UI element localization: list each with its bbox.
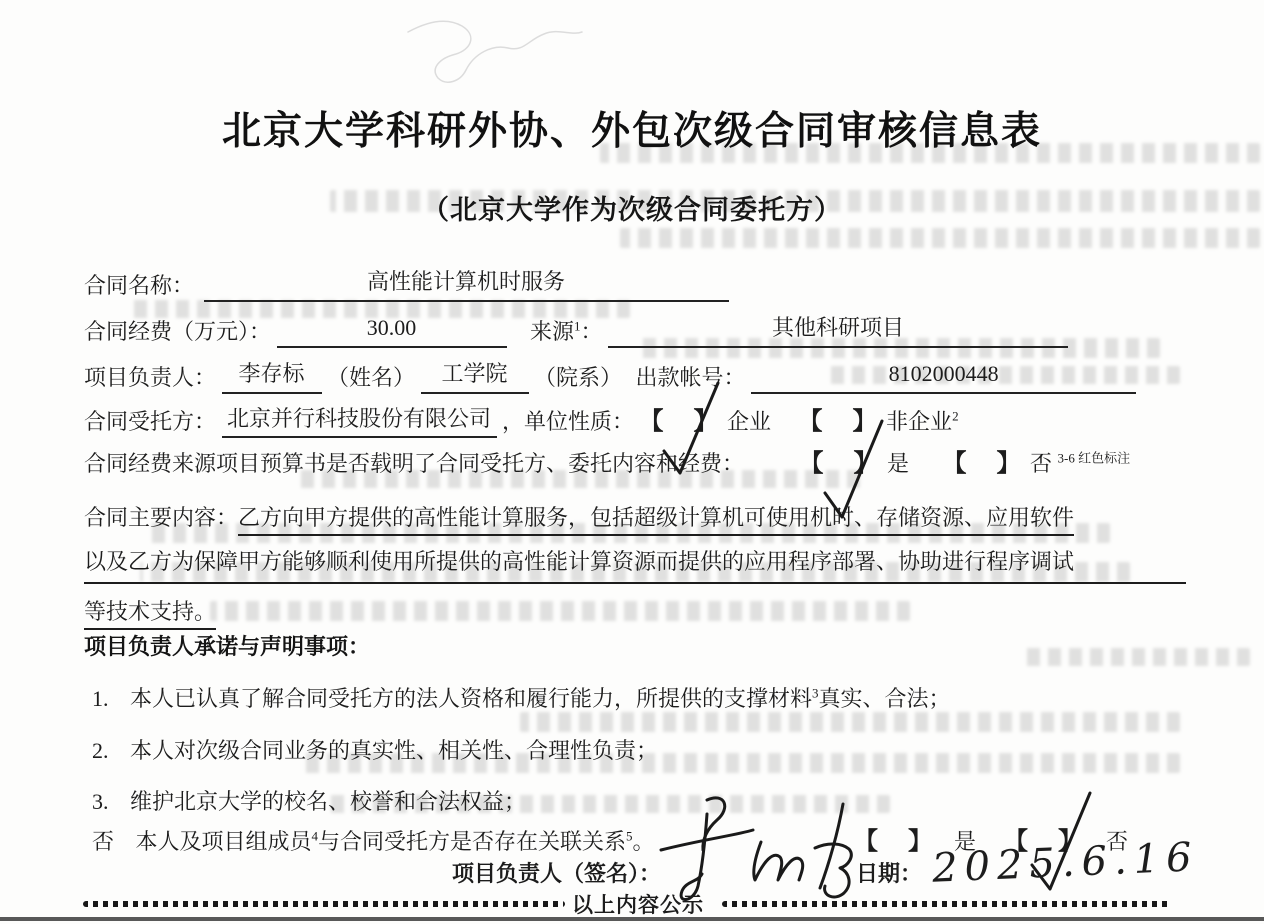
pi-dept-suffix: （院系） bbox=[534, 362, 622, 394]
field-main-content: 合同主要内容：乙方向甲方提供的高性能计算服务，包括超级计算机可使用机时、存储资源… bbox=[84, 502, 1188, 628]
funding-source-value: 其他科研项目 bbox=[608, 312, 1068, 348]
item-text: 本人对次级合同业务的真实性、相关性、合理性负责； bbox=[130, 738, 658, 763]
main-content-line3: 等技术支持。 bbox=[84, 599, 216, 630]
bleedthrough-text bbox=[620, 228, 1260, 248]
field-budget-question: 合同经费来源项目预算书是否载明了合同受托方、委托内容和经费： 【】 是 【】 否… bbox=[84, 448, 1130, 480]
item-text: 本人已认真了解合同受托方的法人资格和履行能力，所提供的支撑材料3真实、合法； bbox=[130, 686, 951, 711]
funding-value: 30.00 bbox=[277, 312, 507, 348]
bleedthrough-text bbox=[520, 712, 1180, 732]
item-number: 1. bbox=[92, 686, 109, 711]
trustee-value: 北京并行科技股份有限公司 bbox=[222, 403, 497, 438]
budget-yes-label: 是 bbox=[887, 448, 909, 480]
checkbox-budget-yes[interactable]: 【】 bbox=[800, 448, 878, 480]
pi-label: 项目负责人： bbox=[84, 362, 216, 394]
page-title: 北京大学科研外协、外包次级合同审核信息表 bbox=[0, 100, 1264, 156]
main-content-line1: 乙方向甲方提供的高性能计算服务，包括超级计算机可使用机时、存储资源、应用软件 bbox=[238, 505, 1074, 536]
bleedthrough-text bbox=[1020, 648, 1250, 666]
commitment-item-2: 2. 本人对次级合同业务的真实性、相关性、合理性负责； bbox=[92, 735, 658, 767]
date-label: 日期： bbox=[856, 858, 922, 890]
red-annotation-note: 3-6 红色标注 bbox=[1058, 451, 1131, 466]
dotted-divider-right bbox=[722, 901, 1172, 907]
pi-dept-value: 工学院 bbox=[421, 358, 529, 394]
item-number: 2. bbox=[92, 738, 109, 763]
contract-name-value: 高性能计算机时服务 bbox=[204, 266, 729, 302]
page-subtitle: （北京大学作为次级合同委托方） bbox=[0, 188, 1264, 227]
budget-question-label: 合同经费来源项目预算书是否载明了合同受托方、委托内容和经费： bbox=[84, 448, 744, 480]
item-text: 维护北京大学的校名、校誉和合法权益； bbox=[130, 789, 526, 814]
commitment-item-1: 1. 本人已认真了解合同受托方的法人资格和履行能力，所提供的支撑材料3真实、合法… bbox=[92, 683, 951, 715]
scan-crease-artifact bbox=[400, 10, 620, 95]
footnote-2: 2 bbox=[952, 409, 959, 424]
item-number: 3. bbox=[92, 789, 109, 814]
field-funding: 合同经费（万元）： 30.00 来源1： 其他科研项目 bbox=[84, 312, 1068, 348]
option-enterprise-label: 企业 bbox=[727, 406, 771, 438]
field-pi: 项目负责人： 李存标 （姓名） 工学院 （院系） 出款帐号： 810200044… bbox=[84, 358, 1136, 394]
funding-label: 合同经费（万元）： bbox=[84, 316, 271, 348]
unit-nature-label: ，单位性质： bbox=[502, 406, 634, 438]
publicity-text: 以上内容公示 bbox=[572, 889, 704, 919]
dotted-divider-left bbox=[83, 901, 565, 907]
contract-name-label: 合同名称： bbox=[84, 270, 194, 302]
main-content-line2: 以及乙方为保障甲方能够顺利使用所提供的高性能计算资源而提供的应用程序部署、协助进… bbox=[84, 546, 1186, 584]
signature-row: 项目负责人（签名）： bbox=[452, 858, 661, 890]
commitments-heading: 项目负责人承诺与声明事项： bbox=[84, 630, 370, 661]
funding-source-label: 来源1： bbox=[530, 316, 603, 348]
checkbox-budget-no[interactable]: 【】 bbox=[943, 448, 1021, 480]
scan-edge-bar bbox=[0, 917, 1264, 921]
commitment-item-3: 3. 维护北京大学的校名、校誉和合法权益； bbox=[92, 786, 526, 818]
trustee-label: 合同受托方： bbox=[84, 406, 216, 438]
pi-account-value: 8102000448 bbox=[751, 358, 1136, 394]
signature-label: 项目负责人（签名）： bbox=[452, 861, 661, 886]
pi-name-value: 李存标 bbox=[222, 358, 322, 394]
item-number: 否 bbox=[92, 829, 114, 854]
option-non-enterprise-label: 非企业2 bbox=[886, 406, 959, 438]
item-text: 本人及项目组成员4与合同受托方是否存在关联关系5。 bbox=[136, 829, 655, 854]
checkbox-enterprise[interactable]: 【】 bbox=[640, 406, 718, 438]
pi-name-suffix: （姓名） bbox=[327, 362, 415, 394]
budget-no-label: 否 bbox=[1030, 448, 1052, 480]
main-content-label: 合同主要内容： bbox=[84, 502, 238, 534]
scanned-form-page: { "document": { "title": "北京大学科研外协、外包次级合… bbox=[0, 0, 1264, 924]
field-contract-name: 合同名称： 高性能计算机时服务 bbox=[84, 266, 729, 302]
